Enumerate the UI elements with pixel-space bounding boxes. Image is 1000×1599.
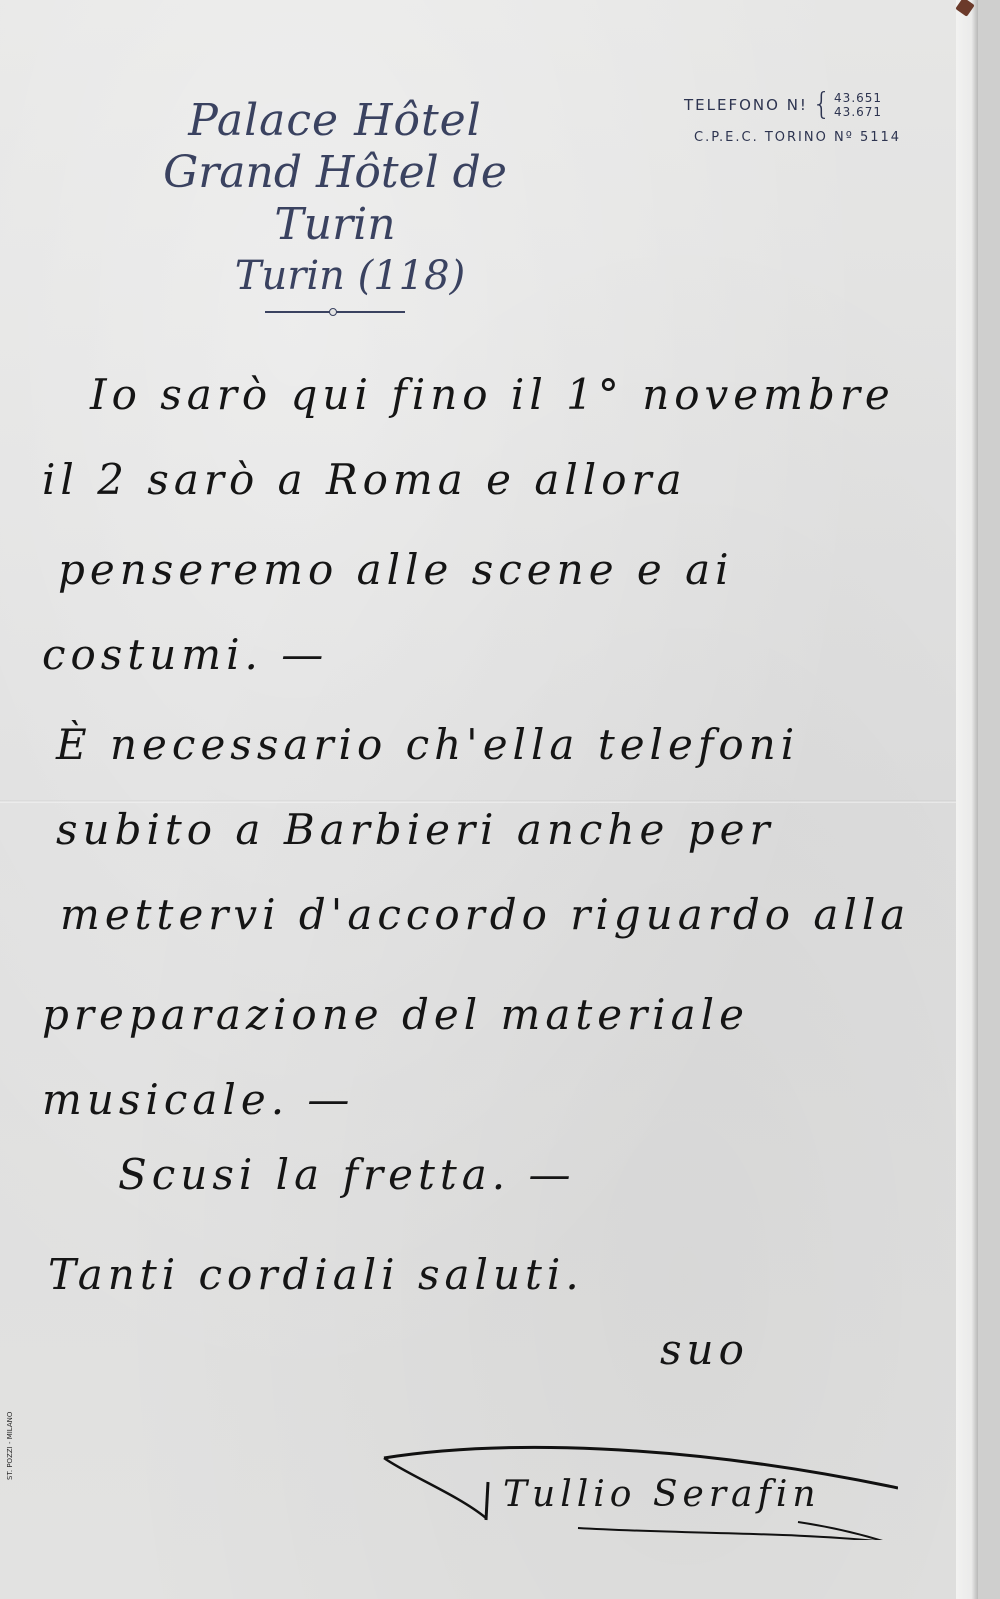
letter-line: subito a Barbieri anche per: [56, 805, 775, 854]
brace-icon: {: [812, 90, 831, 120]
letter-line: musicale. —: [42, 1075, 354, 1124]
ornamental-rule: [265, 311, 405, 313]
paper-fold: [0, 800, 978, 803]
signature: Tullio Serafin: [378, 1400, 898, 1540]
letter-line: preparazione del materiale: [42, 990, 749, 1039]
hotel-letterhead: Palace Hôtel Grand Hôtel de Turin Turin …: [110, 95, 560, 313]
hotel-city: Turin (118): [110, 251, 560, 301]
telephone-label: TELEFONO N!: [684, 96, 808, 114]
letter-line: mettervi d'accordo riguardo alla: [60, 890, 910, 939]
cpec-number: C.P.E.C. TORINO Nº 5114: [684, 130, 944, 145]
letter-line: È necessario ch'ella telefoni: [56, 720, 799, 769]
letter-line: suo: [660, 1325, 749, 1374]
printer-mark: ST. POZZI - MILANO: [6, 1412, 14, 1480]
signature-text: Tullio Serafin: [503, 1474, 821, 1515]
letter-sheet: Palace Hôtel Grand Hôtel de Turin Turin …: [0, 0, 978, 1599]
hotel-name-line1: Palace Hôtel: [110, 95, 560, 147]
telephone-number: 43.671: [834, 105, 882, 119]
paper-edge: [956, 0, 978, 1599]
telephone-number: 43.651: [834, 91, 882, 105]
contact-block: TELEFONO N! { 43.651 43.671 C.P.E.C. TOR…: [684, 90, 944, 145]
letter-line: penseremo alle scene e ai: [58, 545, 734, 594]
telephone-numbers: 43.651 43.671: [834, 91, 882, 119]
letter-line: Io sarò qui fino il 1° novembre: [90, 370, 895, 419]
telephone-row: TELEFONO N! { 43.651 43.671: [684, 90, 944, 120]
letter-line: costumi. —: [42, 630, 328, 679]
signature-flourish-icon: [378, 1400, 898, 1540]
letter-line: il 2 sarò a Roma e allora: [42, 455, 687, 504]
letter-line: Scusi la fretta. —: [118, 1150, 575, 1199]
letter-line: Tanti cordiali saluti.: [48, 1250, 584, 1299]
hotel-name-line2: Grand Hôtel de Turin: [110, 147, 560, 251]
